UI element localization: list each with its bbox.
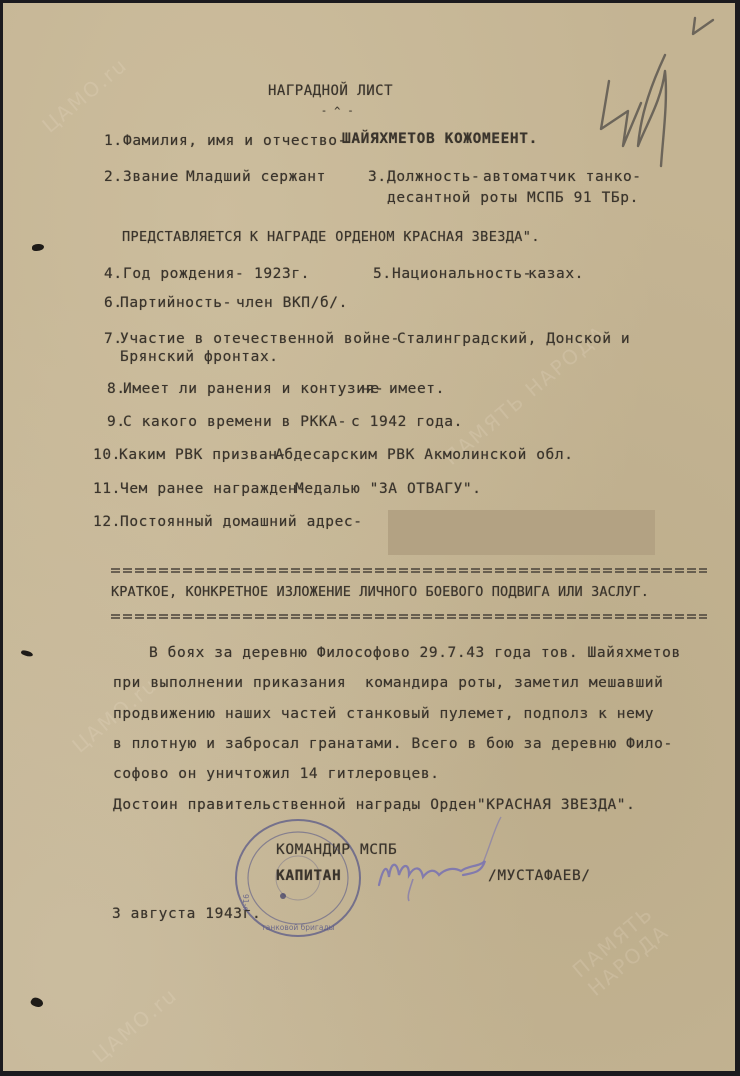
field-value-position: автоматчик танко- <box>483 168 642 186</box>
field-value-rank: Младший сержант <box>186 168 326 186</box>
handwritten-signature <box>373 813 503 903</box>
field-label: Каким РВК призван- <box>119 446 287 464</box>
field-number: 11. <box>93 480 121 498</box>
field-value-draft-office: Абдесарским РВК Акмолинской обл. <box>275 446 574 464</box>
document-date: 3 августа 1943г. <box>112 905 261 923</box>
field-label: Партийность- <box>120 294 232 312</box>
field-value-fronts: Сталинградский, Донской и <box>397 330 630 348</box>
check-mark-icon <box>689 14 719 38</box>
field-label: Имеет ли ранения и контузия- <box>123 380 384 398</box>
signatory-name: /МУСТАФАЕВ/ <box>488 867 591 885</box>
divider-bottom <box>111 614 707 616</box>
field-number: 4. <box>104 265 123 283</box>
field-label: Звание <box>123 168 179 186</box>
field-label: Год рождения- <box>123 265 244 283</box>
field-value-nationality: казах. <box>528 265 584 283</box>
pencil-annotation <box>593 51 683 176</box>
watermark: ПАМЯТЬ НАРОДА <box>568 853 731 1000</box>
narrative-line: при выполнении приказания командира роты… <box>113 674 663 692</box>
watermark: ЦАМО.ru <box>87 983 182 1068</box>
punch-hole <box>30 996 45 1010</box>
narrative-recommendation: Достоин правительственной награды Орден"… <box>113 796 635 814</box>
ink-mark <box>21 649 34 658</box>
field-label: Участие в отечественной войне- <box>120 330 400 348</box>
watermark: ЦАМО.ru <box>37 53 132 138</box>
svg-text:танковой бригады: танковой бригады <box>261 923 334 932</box>
field-label: Фамилия, имя и отчество- <box>123 132 347 150</box>
document-page: ЦАМО.ru ПАМЯТЬ НАРОДА ЦАМО.ru ПАМЯТЬ НАР… <box>3 3 735 1071</box>
narrative-line: в плотную и забросал гранатами. Всего в … <box>113 735 673 753</box>
field-label: С какого времени в РККА- <box>123 413 347 431</box>
field-value-party: член ВКП/б/. <box>236 294 348 312</box>
field-value-name: ШАЙЯХМЕТОВ КОЖОМЕЕНТ. <box>342 130 538 148</box>
narrative-line: продвижению наших частей станковый пулем… <box>113 705 654 723</box>
punch-hole <box>32 244 44 251</box>
narrative-line: В боях за деревню Философово 29.7.43 год… <box>149 644 681 662</box>
field-number: 2. <box>104 168 123 186</box>
field-label: Должность- <box>387 168 480 186</box>
field-value-previous-awards: Медалью "ЗА ОТВАГУ". <box>295 480 482 498</box>
field-number: 10. <box>93 446 121 464</box>
field-value-fronts-line2: Брянский фронтах. <box>120 348 279 366</box>
document-title: НАГРАДНОЙ ЛИСТ <box>268 82 393 100</box>
field-number: 5. <box>373 265 392 283</box>
signatory-rank: КАПИТАН <box>276 867 341 885</box>
field-number: 1. <box>104 132 123 150</box>
section-header: КРАТКОЕ, КОНКРЕТНОЕ ИЗЛОЖЕНИЕ ЛИЧНОГО БО… <box>111 583 649 601</box>
field-label: Национальность- <box>392 265 532 283</box>
field-number: 12. <box>93 513 121 531</box>
field-value-wounds: не имеет. <box>361 380 445 398</box>
field-number: 3. <box>368 168 387 186</box>
field-value-service-since: с 1942 года. <box>351 413 463 431</box>
field-label: Постоянный домашний адрес- <box>120 513 363 531</box>
award-nomination-line: ПРЕДСТАВЛЯЕТСЯ К НАГРАДЕ ОРДЕНОМ КРАСНАЯ… <box>122 228 540 246</box>
divider-top <box>111 568 707 570</box>
redacted-address <box>388 510 655 555</box>
field-value-birth-year: 1923г. <box>254 265 310 283</box>
title-underline: - ^ - <box>321 103 354 121</box>
field-value-position-line2: десантной роты МСПБ 91 ТБр. <box>387 189 639 207</box>
field-label: Чем ранее награжден- <box>120 480 307 498</box>
narrative-line: софово он уничтожил 14 гитлеровцев. <box>113 765 440 783</box>
